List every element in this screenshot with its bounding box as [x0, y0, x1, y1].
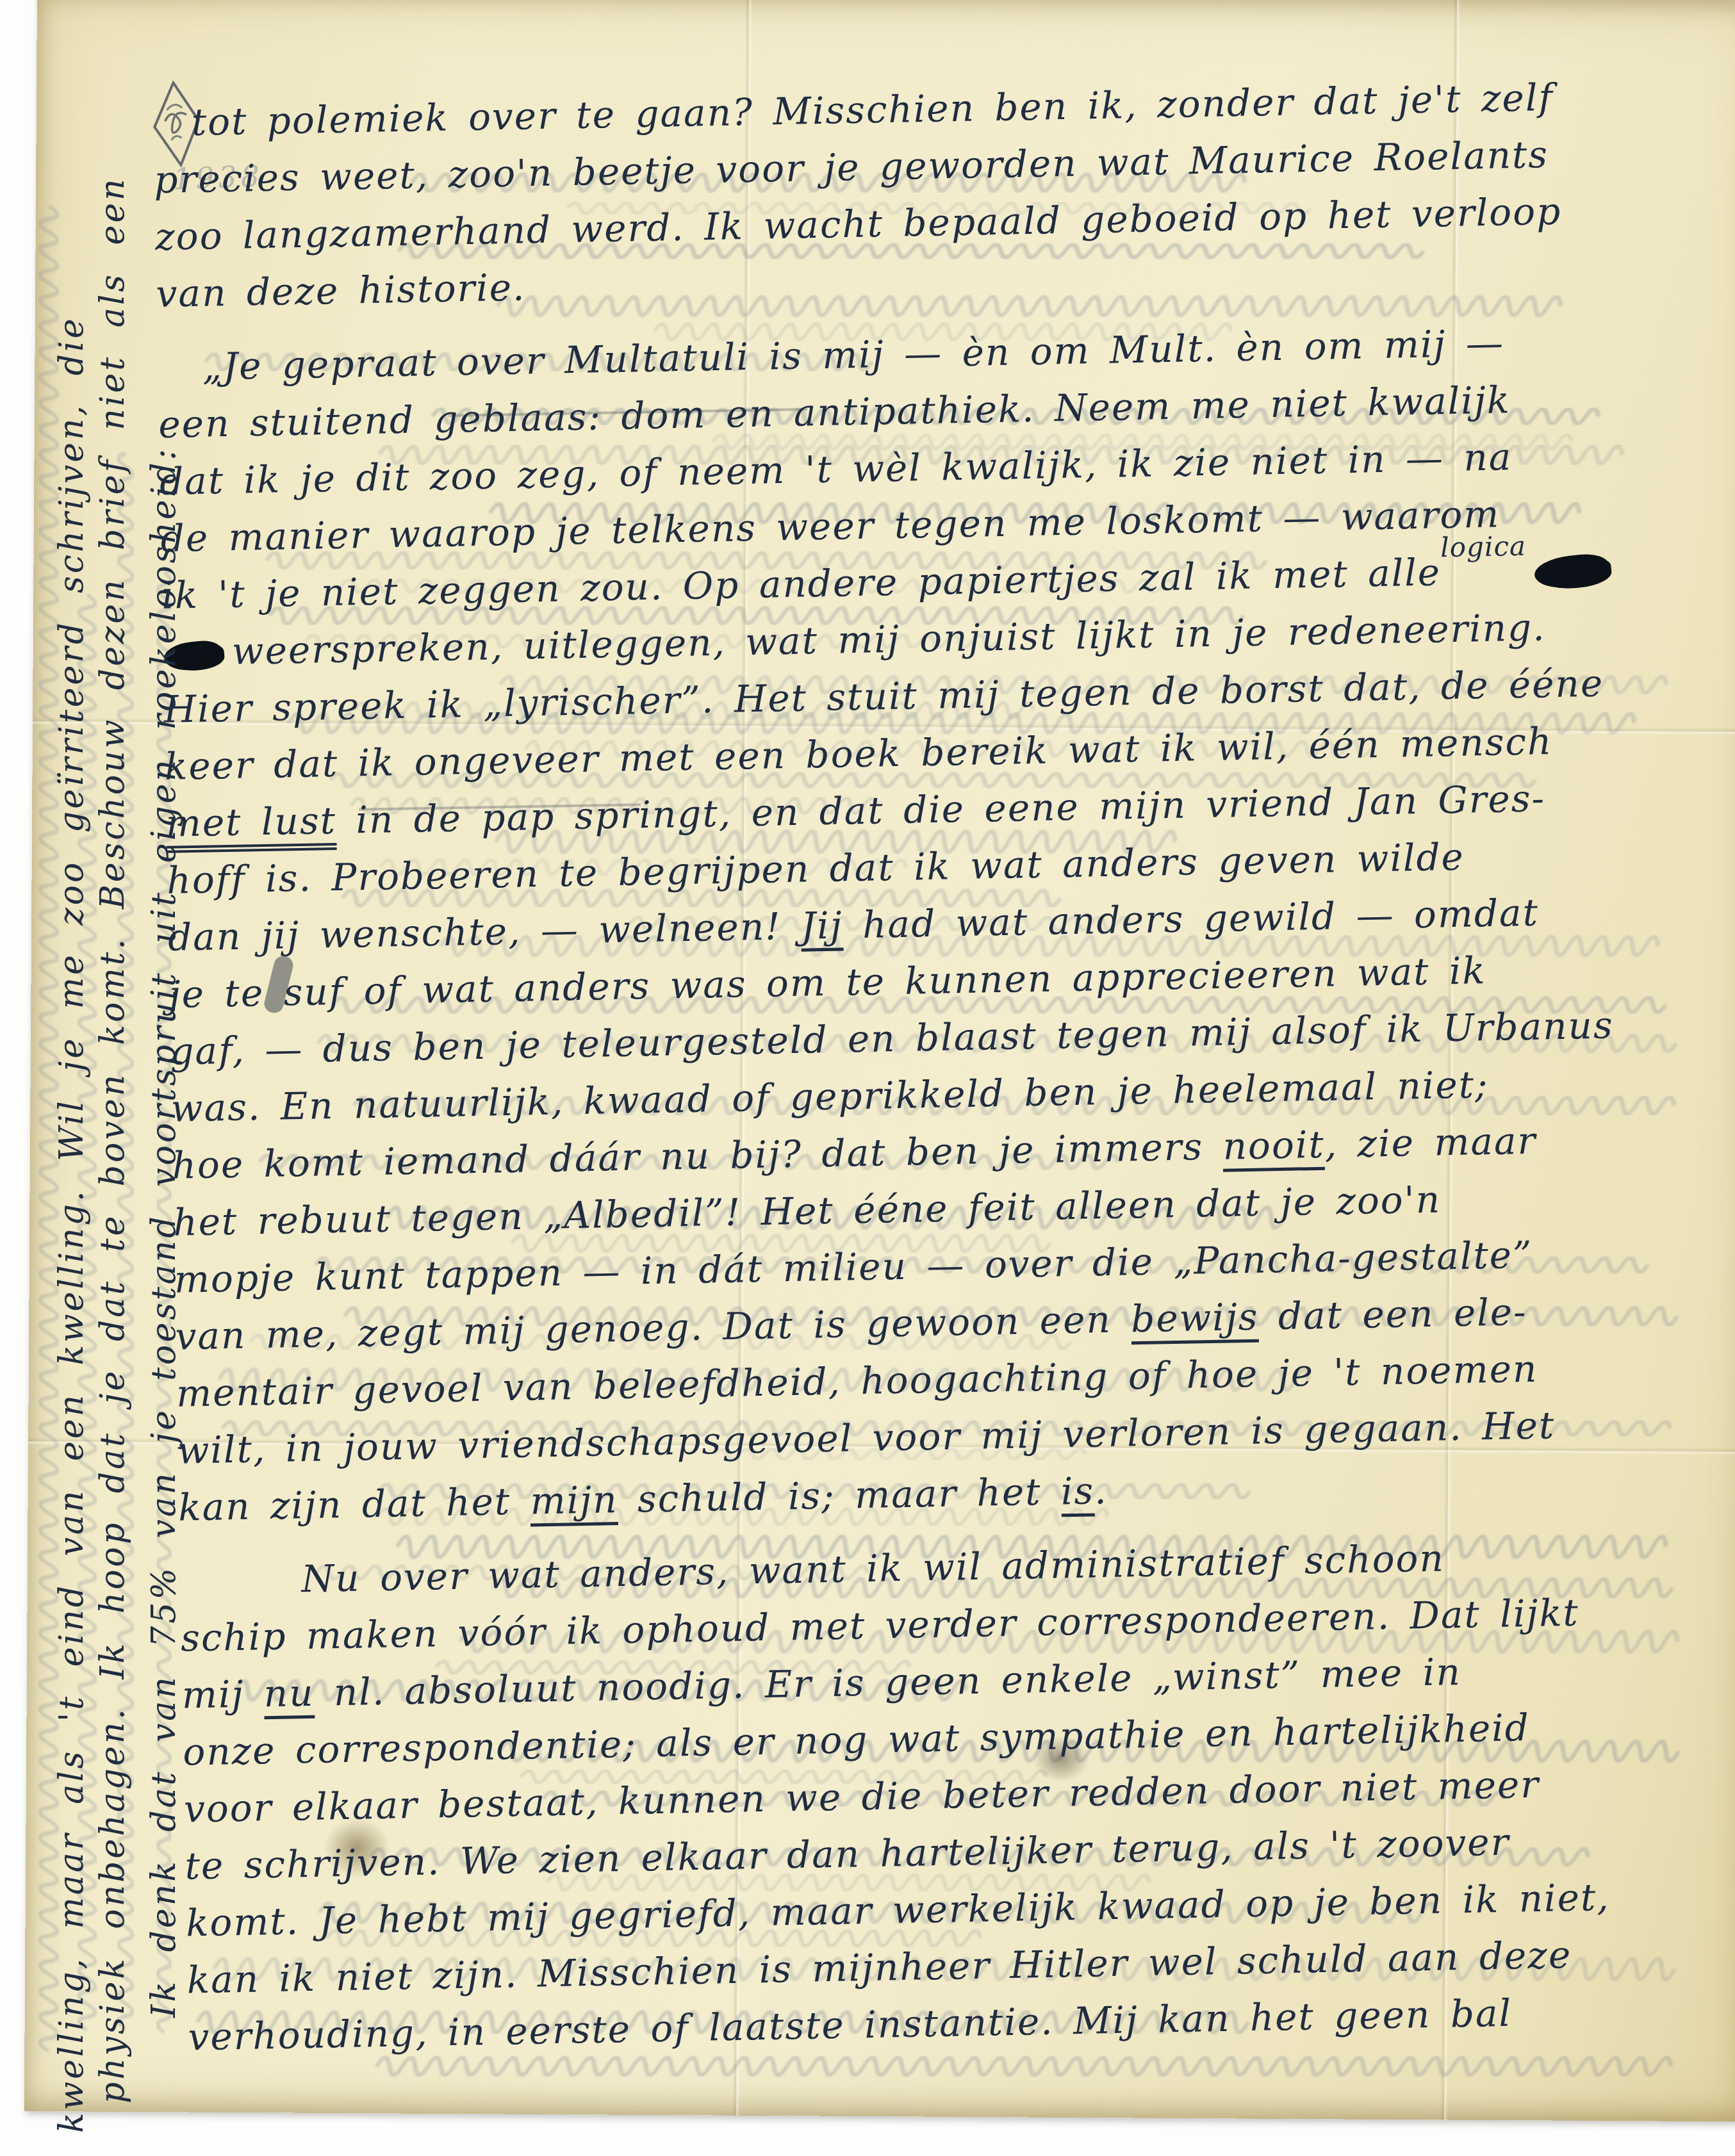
margin-note-line: physiek onbehagen. Ik hoop dat je dat te…	[94, 176, 132, 2103]
text-segment: nu	[263, 1671, 315, 1719]
text-segment: bewijs	[1131, 1295, 1260, 1345]
text-segment: is	[1060, 1469, 1095, 1517]
text-segment: .	[1094, 1469, 1108, 1512]
text-segment: kan zijn dat het	[178, 1480, 530, 1530]
text-segment: van me, zegt mij genoeg. Dat is gewoon e…	[175, 1297, 1131, 1358]
paragraph: tot polemiek over te gaan? Misschien ben…	[152, 66, 1713, 322]
margin-note-line: Ik denk dat van 75% van je toestand voor…	[145, 446, 183, 2018]
text-segment: dan jij wenschte, — welneen!	[167, 904, 801, 960]
text-segment: van deze historie.	[156, 265, 526, 316]
text-segment: had wat anders gewild — omdat	[843, 891, 1539, 947]
paragraph: „Je gepraat over Multatuli is mij — èn o…	[157, 311, 1735, 1536]
paragraph: Nu over wat anders, want ik wil administ…	[179, 1524, 1735, 2066]
text-segment: met lust	[165, 799, 336, 853]
text-segment: mij	[181, 1672, 264, 1717]
text-segment: Jij	[800, 903, 843, 951]
ink-blot	[1533, 552, 1610, 592]
text-segment: logica	[1440, 530, 1526, 563]
text-segment: dat een ele-	[1258, 1290, 1527, 1339]
scanned-letter-page: 1938 tot polemiek over te gaan? Misschie…	[0, 0, 1735, 2156]
text-segment: , zie maar	[1324, 1119, 1537, 1166]
text-segment: mijn	[530, 1478, 618, 1526]
text-segment: nooit	[1222, 1123, 1325, 1172]
letter-body: tot polemiek over te gaan? Misschien ben…	[152, 66, 1735, 2066]
text-segment: schuld is; maar het	[618, 1469, 1062, 1521]
margin-note-line: kwelling, maar als 't eind van een kwell…	[53, 316, 91, 2133]
